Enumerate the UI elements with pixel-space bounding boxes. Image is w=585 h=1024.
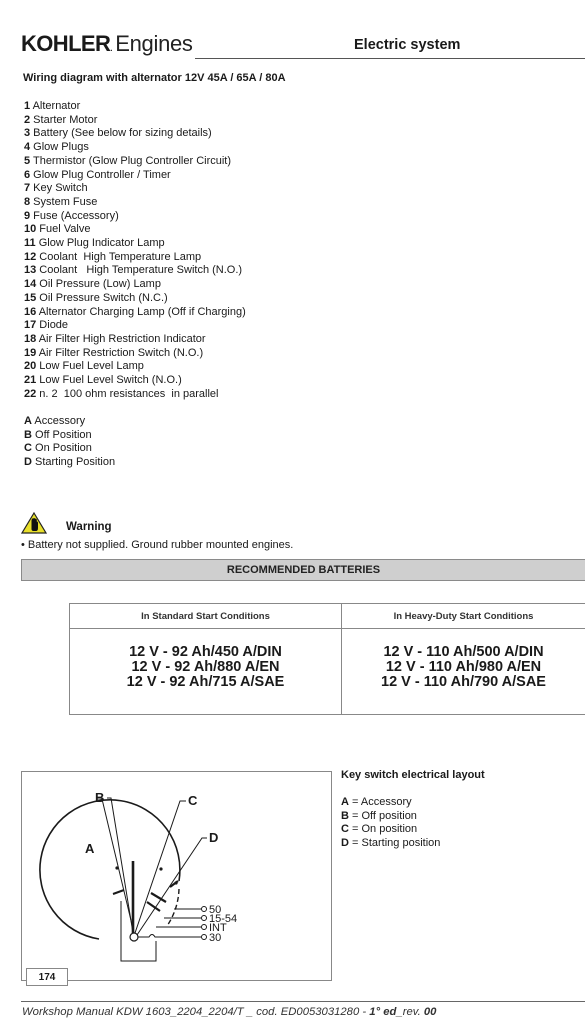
recommended-batteries-band: RECOMMENDED BATTERIES (21, 559, 585, 581)
component-item: 10 Fuel Valve (24, 223, 246, 237)
component-item-label: Key Switch (30, 182, 87, 194)
position-legend: A AccessoryB Off PositionC On PositionD … (24, 415, 115, 470)
position-item: C On Position (24, 442, 115, 456)
battery-cell-standard: 12 V - 92 Ah/450 A/DIN 12 V - 92 Ah/880 … (70, 629, 341, 714)
component-item-label: Alternator (30, 100, 80, 112)
component-item-label: Low Fuel Level Lamp (36, 360, 144, 372)
footer: Workshop Manual KDW 1603_2204_2204/T _ c… (22, 1006, 436, 1018)
brand-engines: Engines (115, 31, 192, 56)
component-item: 21 Low Fuel Level Switch (N.O.) (24, 374, 246, 388)
footer-text: Workshop Manual KDW 1603_2204_2204/T _ c… (22, 1006, 369, 1018)
position-item: D Starting Position (24, 456, 115, 470)
figure-label-d: D (209, 830, 218, 845)
terminal-label: 30 (209, 932, 221, 944)
component-item: 7 Key Switch (24, 182, 246, 196)
figure-label-c: C (188, 793, 198, 808)
key-switch-item-key: C (341, 823, 349, 835)
component-item-label: Starter Motor (30, 114, 97, 126)
header-rule (195, 58, 585, 59)
component-item-label: Diode (36, 319, 68, 331)
warning-text: • Battery not supplied. Ground rubber mo… (21, 539, 293, 551)
component-item-label: Glow Plugs (30, 141, 89, 153)
component-item-label: Glow Plug Indicator Lamp (36, 237, 165, 249)
component-item-key: 11 (24, 237, 36, 249)
component-item-label: n. 2 100 ohm resistances in parallel (36, 388, 218, 400)
component-item: 6 Glow Plug Controller / Timer (24, 169, 246, 183)
battery-spec: 12 V - 110 Ah/980 A/EN (386, 660, 541, 675)
component-item-key: 13 (24, 264, 36, 276)
battery-spec: 12 V - 110 Ah/790 A/SAE (381, 675, 546, 690)
position-item-label: Accessory (32, 415, 85, 427)
component-item-key: 10 (24, 223, 36, 235)
position-item: B Off Position (24, 429, 115, 443)
battery-table: In Standard Start Conditions In Heavy-Du… (69, 603, 585, 715)
key-switch-item-label: = Off position (349, 810, 417, 822)
component-item: 11 Glow Plug Indicator Lamp (24, 237, 246, 251)
component-item-key: 17 (24, 319, 36, 331)
figure-label-a: A (85, 841, 95, 856)
brand-kohler: KOHLER (21, 31, 110, 56)
component-item: 17 Diode (24, 319, 246, 333)
battery-column-header: In Heavy-Duty Start Conditions (341, 604, 585, 629)
key-switch-item: B = Off position (341, 810, 440, 824)
component-item-label: Coolant High Temperature Switch (N.O.) (36, 264, 242, 276)
position-item-label: Starting Position (32, 456, 115, 468)
band-title: RECOMMENDED BATTERIES (227, 564, 380, 576)
key-switch-item-key: D (341, 837, 349, 849)
section-title: Electric system (354, 37, 460, 53)
battery-spec: 12 V - 92 Ah/715 A/SAE (127, 675, 285, 690)
battery-spec: 12 V - 92 Ah/450 A/DIN (129, 645, 282, 660)
component-item-key: 15 (24, 292, 36, 304)
component-item-label: Oil Pressure (Low) Lamp (36, 278, 161, 290)
component-item-label: Air Filter High Restriction Indicator (36, 333, 205, 345)
brand-logo: KOHLER.Engines (21, 30, 193, 63)
component-item: 12 Coolant High Temperature Lamp (24, 251, 246, 265)
position-item-key: B (24, 429, 32, 441)
figure-number: 174 (26, 968, 68, 986)
component-item-label: Fuel Valve (36, 223, 90, 235)
component-legend: 1 Alternator2 Starter Motor3 Battery (Se… (24, 100, 246, 401)
component-item-key: 22 (24, 388, 36, 400)
position-item-label: Off Position (32, 429, 92, 441)
footer-rev: 00 (424, 1006, 437, 1018)
component-item-key: 20 (24, 360, 36, 372)
battery-spec: 12 V - 110 Ah/500 A/DIN (383, 645, 543, 660)
battery-spec: 12 V - 92 Ah/880 A/EN (131, 660, 279, 675)
wiring-diagram-title: Wiring diagram with alternator 12V 45A /… (23, 72, 286, 84)
component-item: 14 Oil Pressure (Low) Lamp (24, 278, 246, 292)
component-item-label: Air Filter Restriction Switch (N.O.) (36, 347, 203, 359)
component-item-label: Fuse (Accessory) (30, 210, 119, 222)
component-item: 19 Air Filter Restriction Switch (N.O.) (24, 347, 246, 361)
position-item-key: D (24, 456, 32, 468)
component-item: 22 n. 2 100 ohm resistances in parallel (24, 388, 246, 402)
component-item: 4 Glow Plugs (24, 141, 246, 155)
component-item: 16 Alternator Charging Lamp (Off if Char… (24, 306, 246, 320)
key-switch-item: A = Accessory (341, 796, 440, 810)
position-item-key: C (24, 442, 32, 454)
component-item-label: Oil Pressure Switch (N.C.) (36, 292, 167, 304)
position-item: A Accessory (24, 415, 115, 429)
component-item-key: 16 (24, 306, 36, 318)
component-item-label: Alternator Charging Lamp (Off if Chargin… (36, 306, 246, 318)
key-switch-item-key: B (341, 810, 349, 822)
component-item-label: Coolant High Temperature Lamp (36, 251, 201, 263)
footer-edition: 1° (369, 1006, 380, 1018)
key-switch-item: C = On position (341, 823, 440, 837)
warning-title: Warning (66, 521, 112, 533)
key-switch-legend: A = AccessoryB = Off positionC = On posi… (341, 796, 440, 851)
key-switch-item-key: A (341, 796, 349, 808)
component-item-label: Battery (See below for sizing details) (30, 127, 212, 139)
component-item: 9 Fuse (Accessory) (24, 210, 246, 224)
component-item: 13 Coolant High Temperature Switch (N.O.… (24, 264, 246, 278)
component-item-label: Low Fuel Level Switch (N.O.) (36, 374, 182, 386)
component-item-key: 18 (24, 333, 36, 345)
battery-column-header: In Standard Start Conditions (70, 604, 341, 629)
warning-hand-icon (21, 512, 47, 534)
position-item-key: A (24, 415, 32, 427)
figure-label-b-spacer: B (95, 790, 104, 805)
component-item-label: System Fuse (30, 196, 97, 208)
component-item: 1 Alternator (24, 100, 246, 114)
key-switch-title: Key switch electrical layout (341, 769, 485, 781)
component-item: 5 Thermistor (Glow Plug Controller Circu… (24, 155, 246, 169)
key-switch-item-label: = Starting position (349, 837, 440, 849)
key-switch-item: D = Starting position (341, 837, 440, 851)
component-item-key: 21 (24, 374, 36, 386)
component-item-key: 19 (24, 347, 36, 359)
key-switch-item-label: = Accessory (349, 796, 412, 808)
component-item: 8 System Fuse (24, 196, 246, 210)
footer-rule (21, 1001, 585, 1002)
position-item-label: On Position (32, 442, 92, 454)
component-item: 2 Starter Motor (24, 114, 246, 128)
footer-ed-label: ed (380, 1006, 396, 1018)
battery-cell-heavy-duty: 12 V - 110 Ah/500 A/DIN 12 V - 110 Ah/98… (341, 629, 585, 714)
brand-dot: . (110, 44, 112, 53)
component-item: 15 Oil Pressure Switch (N.C.) (24, 292, 246, 306)
key-switch-diagram: A B C D 50 15-54 INT 30 (21, 771, 332, 981)
component-item-label: Thermistor (Glow Plug Controller Circuit… (30, 155, 231, 167)
footer-rev-label: _rev. (396, 1006, 423, 1018)
component-item-key: 12 (24, 251, 36, 263)
component-item-key: 14 (24, 278, 36, 290)
component-item: 18 Air Filter High Restriction Indicator (24, 333, 246, 347)
key-switch-item-label: = On position (349, 823, 417, 835)
component-item: 20 Low Fuel Level Lamp (24, 360, 246, 374)
component-item-label: Glow Plug Controller / Timer (30, 169, 171, 181)
component-item: 3 Battery (See below for sizing details) (24, 127, 246, 141)
